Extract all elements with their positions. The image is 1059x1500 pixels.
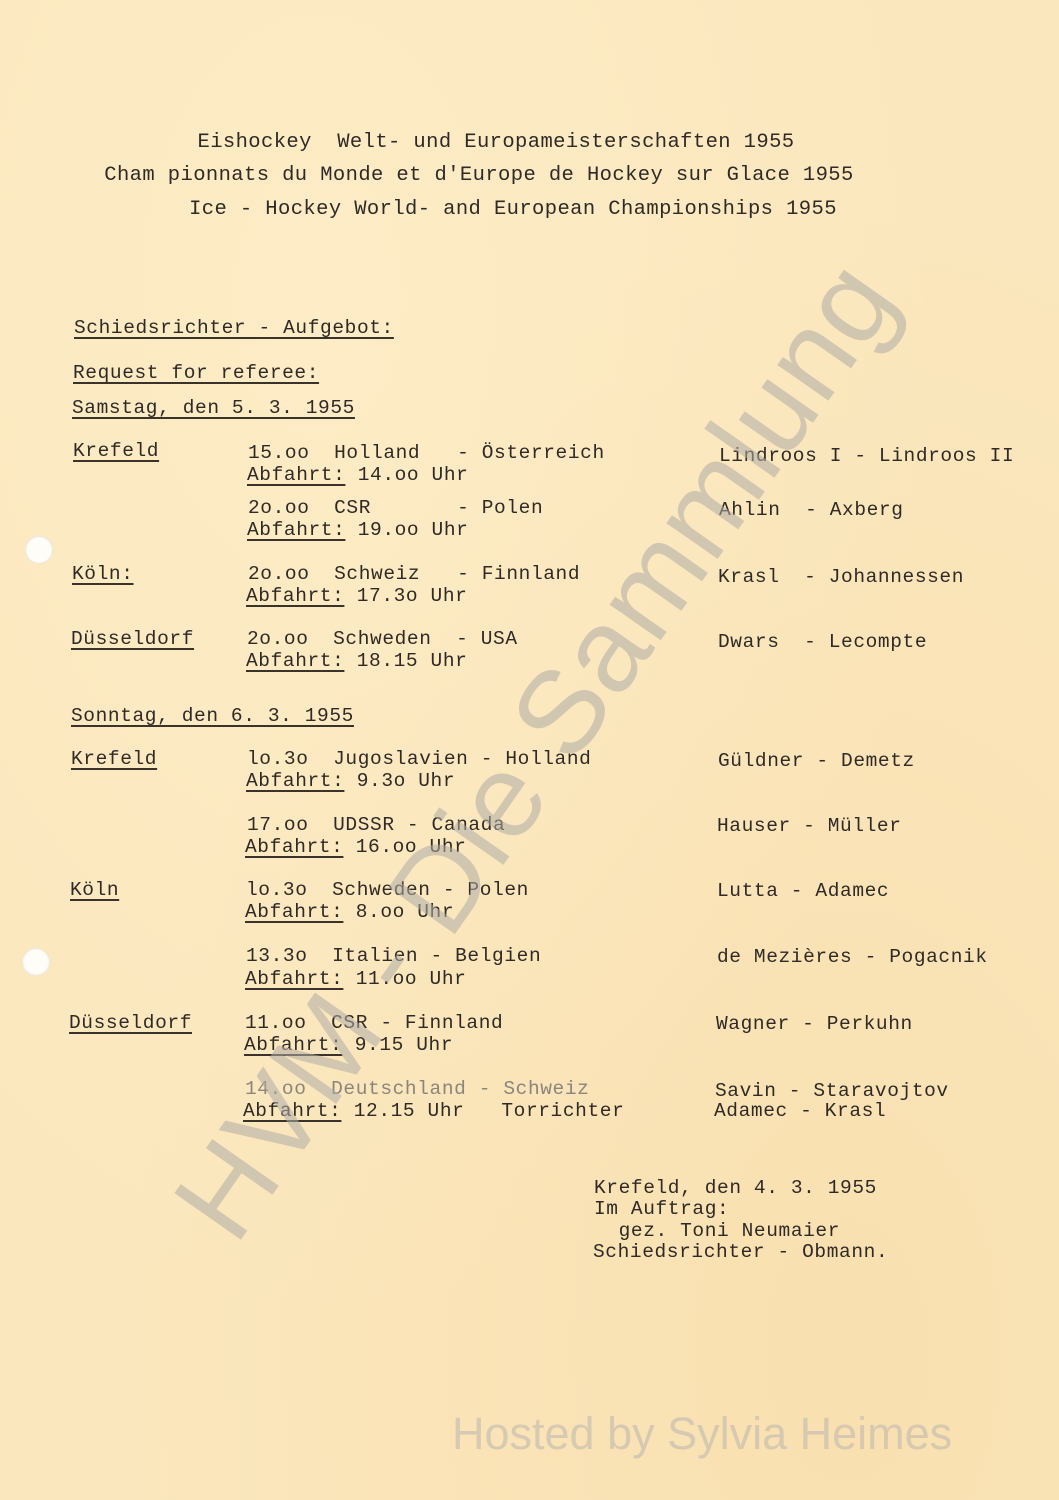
header-title-en: Ice - Hockey World- and European Champio…	[33, 198, 993, 221]
departure-label: Abfahrt:	[245, 836, 343, 858]
signature-role: Schiedsrichter - Obmann.	[593, 1241, 888, 1263]
referee-pair: Dwars - Lecompte	[718, 631, 927, 653]
departure-label: Abfahrt:	[246, 585, 344, 607]
departure-label: Abfahrt:	[246, 650, 344, 672]
departure-time: 12.15 Uhr Torrichter	[341, 1100, 624, 1122]
city-label: Düsseldorf	[69, 1012, 192, 1034]
punch-hole-bottom	[22, 948, 50, 976]
match-line: lo.3o Jugoslavien - Holland	[247, 748, 591, 770]
departure-label: Abfahrt:	[244, 1034, 342, 1056]
hosted-by-watermark: Hosted by Sylvia Heimes	[452, 1408, 952, 1460]
departure-time: 11.oo Uhr	[343, 968, 466, 990]
departure-line: Abfahrt: 18.15 Uhr	[246, 650, 467, 672]
day-date-sunday: Sonntag, den 6. 3. 1955	[71, 705, 354, 727]
signature-signed: gez. Toni Neumaier	[594, 1220, 840, 1242]
city-label: Krefeld	[71, 748, 157, 770]
match-line: 2o.oo Schweiz - Finnland	[248, 563, 580, 585]
departure-line: Abfahrt: 17.3o Uhr	[246, 585, 467, 607]
departure-time: 16.oo Uhr	[343, 836, 466, 858]
departure-line: Abfahrt: 14.oo Uhr	[247, 464, 468, 486]
document-page: Eishockey Welt- und Europameisterschafte…	[0, 0, 1059, 1500]
referee-pair: Güldner - Demetz	[718, 750, 915, 772]
departure-label: Abfahrt:	[247, 464, 345, 486]
city-label: Köln	[70, 879, 119, 901]
departure-line: Abfahrt: 19.oo Uhr	[247, 519, 468, 541]
city-label: Krefeld	[73, 440, 159, 462]
signature-place-date: Krefeld, den 4. 3. 1955	[594, 1177, 877, 1199]
departure-line: Abfahrt: 8.oo Uhr	[245, 901, 454, 923]
departure-time: 9.3o Uhr	[344, 770, 455, 792]
match-line: 2o.oo Schweden - USA	[247, 628, 518, 650]
referee-pair: Lindroos I - Lindroos II	[719, 445, 1014, 467]
match-line: lo.3o Schweden - Polen	[246, 879, 529, 901]
departure-line: Abfahrt: 11.oo Uhr	[245, 968, 466, 990]
departure-label: Abfahrt:	[246, 770, 344, 792]
goal-judges-pair: Adamec - Krasl	[714, 1100, 886, 1122]
header-title-de: Eishockey Welt- und Europameisterschafte…	[16, 131, 976, 154]
departure-line: Abfahrt: 9.15 Uhr	[244, 1034, 453, 1056]
departure-line: Abfahrt: 9.3o Uhr	[246, 770, 455, 792]
match-line: 13.3o Italien - Belgien	[246, 945, 541, 967]
departure-line: Abfahrt: 16.oo Uhr	[245, 836, 466, 858]
referee-pair: de Mezières - Pogacnik	[717, 946, 988, 968]
city-label: Düsseldorf	[71, 628, 194, 650]
referee-pair: Wagner - Perkuhn	[716, 1013, 913, 1035]
match-line: 11.oo CSR - Finnland	[245, 1012, 503, 1034]
departure-label: Abfahrt:	[247, 519, 345, 541]
departure-time: 14.oo Uhr	[345, 464, 468, 486]
referee-pair: Ahlin - Axberg	[719, 499, 904, 521]
signature-on-behalf: Im Auftrag:	[594, 1198, 729, 1220]
departure-label: Abfahrt:	[245, 968, 343, 990]
referee-pair: Savin - Staravojtov	[715, 1080, 949, 1102]
referee-pair: Hauser - Müller	[717, 815, 902, 837]
departure-time: 19.oo Uhr	[345, 519, 468, 541]
match-line: 2o.oo CSR - Polen	[248, 497, 543, 519]
departure-line: Abfahrt: 12.15 Uhr Torrichter	[243, 1100, 624, 1122]
day-date-saturday: Samstag, den 5. 3. 1955	[72, 397, 355, 419]
header-title-fr: Cham pionnats du Monde et d'Europe de Ho…	[0, 164, 958, 187]
section-title-de: Schiedsrichter - Aufgebot:	[74, 317, 394, 339]
departure-time: 18.15 Uhr	[344, 650, 467, 672]
departure-label: Abfahrt:	[243, 1100, 341, 1122]
departure-label: Abfahrt:	[245, 901, 343, 923]
departure-time: 17.3o Uhr	[344, 585, 467, 607]
match-line: 15.oo Holland - Österreich	[248, 442, 605, 464]
city-label: Köln:	[72, 563, 134, 585]
punch-hole-top	[25, 536, 53, 564]
departure-time: 8.oo Uhr	[343, 901, 454, 923]
match-line: 17.oo UDSSR - Canada	[247, 814, 505, 836]
match-line: 14.oo Deutschland - Schweiz	[245, 1078, 589, 1100]
referee-pair: Lutta - Adamec	[717, 880, 889, 902]
section-title-en: Request for referee:	[73, 362, 319, 384]
departure-time: 9.15 Uhr	[342, 1034, 453, 1056]
referee-pair: Krasl - Johannessen	[718, 566, 964, 588]
